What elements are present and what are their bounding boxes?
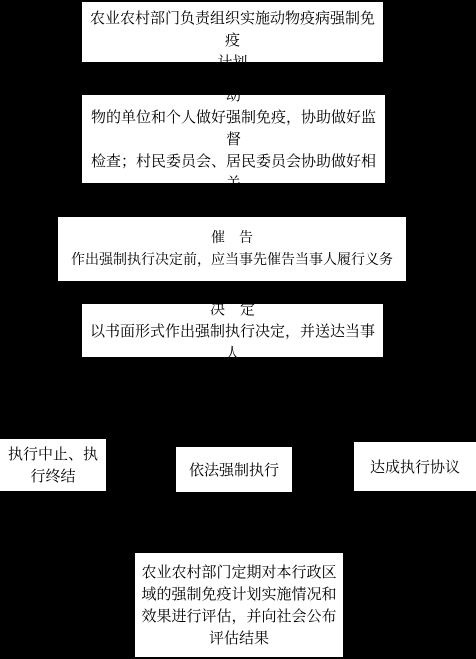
flow-box-enforcement-decision: 决 定 以书面形式作出强制执行决定，并送达当事人 [82, 304, 383, 357]
enforcement-flowchart: 农业农村部门负责组织实施动物疫病强制免疫 计划 乡级人民政府、街道办事处组织本辖… [0, 0, 476, 659]
flow-box-enforce-by-law: 依法强制执行 [176, 447, 292, 492]
flow-box-township-organization: 乡级人民政府、街道办事处组织本辖区饲养动 物的单位和个人做好强制免疫，协助做好监… [82, 95, 385, 183]
flow-box-execution-suspend-terminate: 执行中止、执 行终结 [0, 439, 106, 491]
flow-box-immunization-plan: 农业农村部门负责组织实施动物疫病强制免疫 计划 [82, 2, 383, 62]
flow-box-execution-agreement: 达成执行协议 [354, 442, 476, 491]
flow-box-periodic-evaluation: 农业农村部门定期对本行政区 域的强制免疫计划实施情况和 效果进行评估，并向社会公… [135, 553, 343, 657]
flow-box-demand-notice: 催 告 作出强制执行决定前，应当事先催告当事人履行义务 [58, 217, 406, 281]
